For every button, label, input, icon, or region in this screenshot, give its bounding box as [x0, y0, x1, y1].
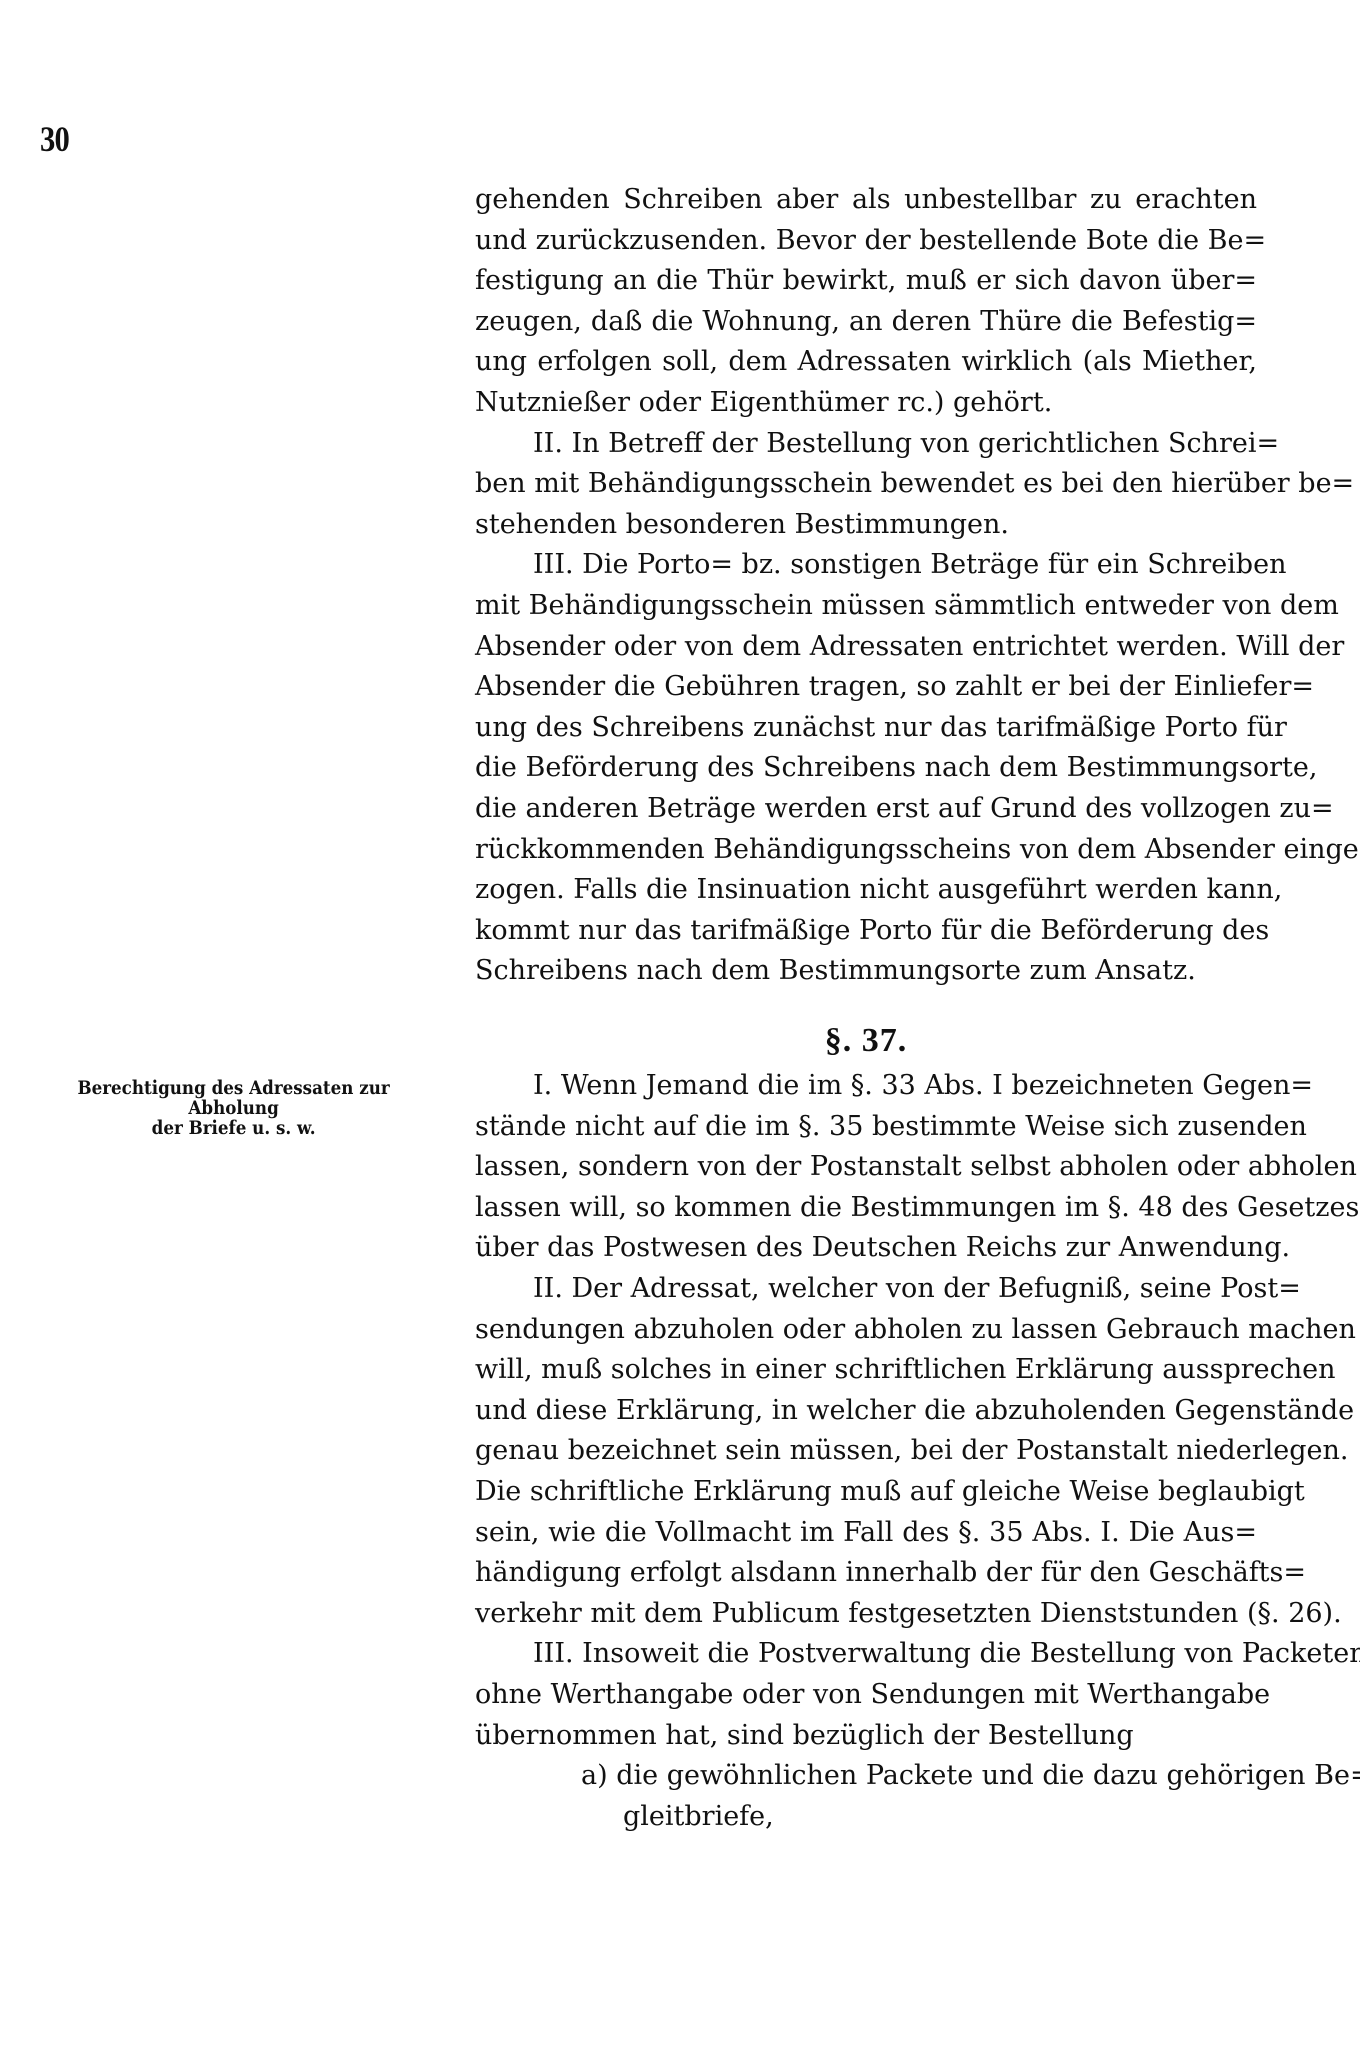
text-line: ung erfolgen soll, dem Adressaten wirkli… [475, 342, 1257, 383]
list-item-a-continuation: gleitbriefe, [475, 1797, 1257, 1838]
text-line: übernommen hat, sind bezüglich der Beste… [475, 1716, 1257, 1757]
text-line: sein, wie die Vollmacht im Fall des §. 3… [475, 1513, 1257, 1554]
text-line: verkehr mit dem Publicum festgesetzten D… [475, 1594, 1257, 1635]
list-item-a-line: a) die gewöhnlichen Packete und die dazu… [475, 1756, 1257, 1797]
text-block-continuation: gehenden Schreiben aber als unbestellbar… [475, 180, 1257, 992]
text-line: kommt nur das tarifmäßige Porto für die … [475, 911, 1257, 952]
text-line: rückkommenden Behändigungsscheins von de… [475, 830, 1257, 871]
text-line: Absender oder von dem Adressaten entrich… [475, 627, 1257, 668]
text-line: ohne Werthangabe oder von Sendungen mit … [475, 1675, 1257, 1716]
text-line: mit Behändigungsschein müssen sämmtlich … [475, 586, 1257, 627]
text-line: die anderen Beträge werden erst auf Grun… [475, 789, 1257, 830]
text-line: Die schriftliche Erklärung muß auf gleic… [475, 1472, 1257, 1513]
margin-note-line: Berechtigung des Adressaten zur Abholung [40, 1078, 427, 1118]
text-line: Nutznießer oder Eigenthümer rc.) gehört. [475, 383, 1257, 424]
text-line: sendungen abzuholen oder abholen zu lass… [475, 1310, 1257, 1351]
paragraph-iii-line: III. Insoweit die Postverwaltung die Bes… [475, 1634, 1257, 1675]
text-line: lassen will, so kommen die Bestimmungen … [475, 1188, 1257, 1229]
text-line: festigung an die Thür bewirkt, muß er si… [475, 261, 1257, 302]
paragraph-i-line: I. Wenn Jemand die im §. 33 Abs. I bezei… [475, 1066, 1257, 1107]
paragraph-ii-line: II. In Betreff der Bestellung von gerich… [475, 424, 1257, 465]
text-line: lassen, sondern von der Postanstalt selb… [475, 1147, 1257, 1188]
text-line: gehenden Schreiben aber als unbestellbar… [475, 180, 1257, 221]
text-line: und diese Erklärung, in welcher die abzu… [475, 1391, 1257, 1432]
text-line: zeugen, daß die Wohnung, an deren Thüre … [475, 302, 1257, 343]
text-line: stehenden besonderen Bestimmungen. [475, 505, 1257, 546]
margin-note-line: der Briefe u. s. w. [40, 1118, 427, 1138]
text-line: die Beförderung des Schreibens nach dem … [475, 748, 1257, 789]
text-line: stände nicht auf die im §. 35 bestimmte … [475, 1107, 1257, 1148]
text-line: genau bezeichnet sein müssen, bei der Po… [475, 1431, 1257, 1472]
text-line: zogen. Falls die Insinuation nicht ausge… [475, 870, 1257, 911]
text-line: Schreibens nach dem Bestimmungsorte zum … [475, 951, 1257, 992]
text-block-section-37: I. Wenn Jemand die im §. 33 Abs. I bezei… [475, 1066, 1257, 1837]
text-line: Absender die Gebühren tragen, so zahlt e… [475, 667, 1257, 708]
margin-note: Berechtigung des Adressaten zur Abholung… [40, 1078, 427, 1138]
paragraph-iii-line: III. Die Porto= bz. sonstigen Beträge fü… [475, 545, 1257, 586]
text-line: über das Postwesen des Deutschen Reichs … [475, 1228, 1257, 1269]
text-line: will, muß solches in einer schriftlichen… [475, 1350, 1257, 1391]
paragraph-ii-line: II. Der Adressat, welcher von der Befugn… [475, 1269, 1257, 1310]
text-line: ung des Schreibens zunächst nur das tari… [475, 708, 1257, 749]
section-heading: §. 37. [475, 1022, 1257, 1060]
text-line: und zurückzusenden. Bevor der bestellend… [475, 221, 1257, 262]
text-line: ben mit Behändigungsschein bewendet es b… [475, 464, 1257, 505]
text-line: händigung erfolgt alsdann innerhalb der … [475, 1553, 1257, 1594]
page-number: 30 [40, 118, 69, 160]
